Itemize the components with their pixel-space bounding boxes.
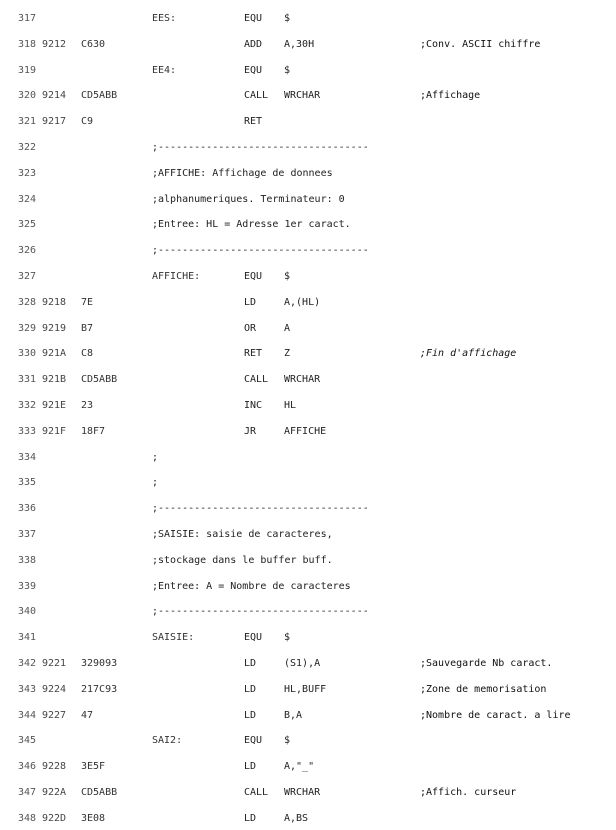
operand: $ bbox=[284, 731, 290, 751]
line-number: 342 bbox=[18, 654, 36, 674]
address: 9218 bbox=[42, 293, 66, 313]
listing-line: 348922D3E08LDA,BS bbox=[0, 809, 616, 829]
comment-line: ;AFFICHE: Affichage de donnees bbox=[152, 164, 333, 184]
listing-line: 339;Entree: A = Nombre de caracteres bbox=[0, 577, 616, 597]
listing-line: 3209214CD5ABBCALLWRCHAR;Affichage bbox=[0, 86, 616, 106]
listing-line: 336;----------------------------------- bbox=[0, 499, 616, 519]
line-number: 347 bbox=[18, 783, 36, 803]
mnemonic: LD bbox=[244, 809, 256, 829]
mnemonic: LD bbox=[244, 654, 256, 674]
machine-code: 18F7 bbox=[81, 422, 105, 442]
line-number: 325 bbox=[18, 215, 36, 235]
listing-line: 3439224217C93LDHL,BUFF;Zone de memorisat… bbox=[0, 680, 616, 700]
label: EE4: bbox=[152, 61, 176, 81]
comment: ;Conv. ASCII chiffre bbox=[420, 35, 540, 55]
operand: A,30H bbox=[284, 35, 314, 55]
line-number: 324 bbox=[18, 190, 36, 210]
line-number: 326 bbox=[18, 241, 36, 261]
machine-code: C9 bbox=[81, 112, 93, 132]
operand: $ bbox=[284, 9, 290, 29]
listing-line: 332921E23INCHL bbox=[0, 396, 616, 416]
line-number: 339 bbox=[18, 577, 36, 597]
line-number: 338 bbox=[18, 551, 36, 571]
listing-line: 340;----------------------------------- bbox=[0, 602, 616, 622]
operand: Z bbox=[284, 344, 290, 364]
machine-code: 329093 bbox=[81, 654, 117, 674]
listing-line: 330921AC8RETZ;Fin d'affichage bbox=[0, 344, 616, 364]
listing-line: 338;stockage dans le buffer buff. bbox=[0, 551, 616, 571]
listing-line: 3299219B7ORA bbox=[0, 319, 616, 339]
mnemonic: EQU bbox=[244, 267, 262, 287]
operand: AFFICHE bbox=[284, 422, 326, 442]
label: AFFICHE: bbox=[152, 267, 200, 287]
listing-line: 325;Entree: HL = Adresse 1er caract. bbox=[0, 215, 616, 235]
address: 9214 bbox=[42, 86, 66, 106]
mnemonic: INC bbox=[244, 396, 262, 416]
line-number: 345 bbox=[18, 731, 36, 751]
address: 9228 bbox=[42, 757, 66, 777]
line-number: 348 bbox=[18, 809, 36, 829]
mnemonic: LD bbox=[244, 293, 256, 313]
label: SAISIE: bbox=[152, 628, 194, 648]
mnemonic: ADD bbox=[244, 35, 262, 55]
listing-line: 317EES:EQU$ bbox=[0, 9, 616, 29]
listing-line: 323;AFFICHE: Affichage de donnees bbox=[0, 164, 616, 184]
machine-code: 3E5F bbox=[81, 757, 105, 777]
listing-line: 344922747LDB,A;Nombre de caract. a lire bbox=[0, 706, 616, 726]
comment-line: ;----------------------------------- bbox=[152, 138, 369, 158]
operand: $ bbox=[284, 267, 290, 287]
listing-line: 324;alphanumeriques. Terminateur: 0 bbox=[0, 190, 616, 210]
comment-line: ; bbox=[152, 448, 158, 468]
listing-line: 326;----------------------------------- bbox=[0, 241, 616, 261]
listing-line: 34692283E5FLDA,"_" bbox=[0, 757, 616, 777]
operand: A,BS bbox=[284, 809, 308, 829]
line-number: 343 bbox=[18, 680, 36, 700]
line-number: 329 bbox=[18, 319, 36, 339]
comment-line: ;alphanumeriques. Terminateur: 0 bbox=[152, 190, 345, 210]
comment: ;Nombre de caract. a lire bbox=[420, 706, 571, 726]
machine-code: 3E08 bbox=[81, 809, 105, 829]
line-number: 328 bbox=[18, 293, 36, 313]
label: EES: bbox=[152, 9, 176, 29]
operand: HL,BUFF bbox=[284, 680, 326, 700]
listing-line: 32892187ELDA,(HL) bbox=[0, 293, 616, 313]
listing-line: 337;SAISIE: saisie de caracteres, bbox=[0, 525, 616, 545]
comment-line: ;SAISIE: saisie de caracteres, bbox=[152, 525, 333, 545]
mnemonic: LD bbox=[244, 706, 256, 726]
line-number: 344 bbox=[18, 706, 36, 726]
address: 922D bbox=[42, 809, 66, 829]
machine-code: 7E bbox=[81, 293, 93, 313]
listing-line: 327AFFICHE:EQU$ bbox=[0, 267, 616, 287]
address: 9219 bbox=[42, 319, 66, 339]
listing-line: 333921F18F7JRAFFICHE bbox=[0, 422, 616, 442]
label: SAI2: bbox=[152, 731, 182, 751]
operand: WRCHAR bbox=[284, 370, 320, 390]
address: 9217 bbox=[42, 112, 66, 132]
listing-line: 3189212C630ADDA,30H;Conv. ASCII chiffre bbox=[0, 35, 616, 55]
listing-line: 347922ACD5ABBCALLWRCHAR;Affich. curseur bbox=[0, 783, 616, 803]
comment-line: ;----------------------------------- bbox=[152, 241, 369, 261]
listing-line: 334; bbox=[0, 448, 616, 468]
address: 9221 bbox=[42, 654, 66, 674]
address: 921F bbox=[42, 422, 66, 442]
listing-line: 331921BCD5ABBCALLWRCHAR bbox=[0, 370, 616, 390]
comment: ;Sauvegarde Nb caract. bbox=[420, 654, 552, 674]
operand: A bbox=[284, 319, 290, 339]
mnemonic: EQU bbox=[244, 9, 262, 29]
operand: WRCHAR bbox=[284, 783, 320, 803]
mnemonic: JR bbox=[244, 422, 256, 442]
mnemonic: EQU bbox=[244, 628, 262, 648]
mnemonic: LD bbox=[244, 680, 256, 700]
comment-line: ; bbox=[152, 473, 158, 493]
listing-line: 341SAISIE:EQU$ bbox=[0, 628, 616, 648]
operand: A,(HL) bbox=[284, 293, 320, 313]
machine-code: CD5ABB bbox=[81, 370, 117, 390]
line-number: 333 bbox=[18, 422, 36, 442]
address: 921A bbox=[42, 344, 66, 364]
operand: B,A bbox=[284, 706, 302, 726]
mnemonic: EQU bbox=[244, 731, 262, 751]
comment-line: ;stockage dans le buffer buff. bbox=[152, 551, 333, 571]
comment: ;Fin d'affichage bbox=[420, 344, 516, 364]
line-number: 327 bbox=[18, 267, 36, 287]
operand: $ bbox=[284, 628, 290, 648]
line-number: 340 bbox=[18, 602, 36, 622]
address: 922A bbox=[42, 783, 66, 803]
machine-code: C630 bbox=[81, 35, 105, 55]
mnemonic: RET bbox=[244, 112, 262, 132]
line-number: 330 bbox=[18, 344, 36, 364]
line-number: 332 bbox=[18, 396, 36, 416]
machine-code: C8 bbox=[81, 344, 93, 364]
line-number: 318 bbox=[18, 35, 36, 55]
machine-code: CD5ABB bbox=[81, 783, 117, 803]
line-number: 336 bbox=[18, 499, 36, 519]
line-number: 335 bbox=[18, 473, 36, 493]
line-number: 331 bbox=[18, 370, 36, 390]
line-number: 346 bbox=[18, 757, 36, 777]
machine-code: 47 bbox=[81, 706, 93, 726]
machine-code: 217C93 bbox=[81, 680, 117, 700]
line-number: 321 bbox=[18, 112, 36, 132]
address: 921B bbox=[42, 370, 66, 390]
comment-line: ;----------------------------------- bbox=[152, 602, 369, 622]
operand: (S1),A bbox=[284, 654, 320, 674]
line-number: 322 bbox=[18, 138, 36, 158]
listing-line: 335; bbox=[0, 473, 616, 493]
listing-line: 319EE4:EQU$ bbox=[0, 61, 616, 81]
operand: HL bbox=[284, 396, 296, 416]
line-number: 341 bbox=[18, 628, 36, 648]
listing-line: 3219217C9RET bbox=[0, 112, 616, 132]
comment-line: ;Entree: HL = Adresse 1er caract. bbox=[152, 215, 351, 235]
comment-line: ;----------------------------------- bbox=[152, 499, 369, 519]
assembly-listing: 317EES:EQU$3189212C630ADDA,30H;Conv. ASC… bbox=[0, 0, 616, 830]
mnemonic: LD bbox=[244, 757, 256, 777]
line-number: 334 bbox=[18, 448, 36, 468]
operand: WRCHAR bbox=[284, 86, 320, 106]
line-number: 317 bbox=[18, 9, 36, 29]
line-number: 319 bbox=[18, 61, 36, 81]
comment: ;Affich. curseur bbox=[420, 783, 516, 803]
line-number: 320 bbox=[18, 86, 36, 106]
comment-line: ;Entree: A = Nombre de caracteres bbox=[152, 577, 351, 597]
mnemonic: CALL bbox=[244, 783, 268, 803]
address: 921E bbox=[42, 396, 66, 416]
machine-code: B7 bbox=[81, 319, 93, 339]
comment: ;Affichage bbox=[420, 86, 480, 106]
machine-code: 23 bbox=[81, 396, 93, 416]
machine-code: CD5ABB bbox=[81, 86, 117, 106]
listing-line: 3429221329093LD(S1),A;Sauvegarde Nb cara… bbox=[0, 654, 616, 674]
mnemonic: CALL bbox=[244, 86, 268, 106]
mnemonic: CALL bbox=[244, 370, 268, 390]
mnemonic: EQU bbox=[244, 61, 262, 81]
operand: A,"_" bbox=[284, 757, 314, 777]
line-number: 323 bbox=[18, 164, 36, 184]
listing-line: 345SAI2:EQU$ bbox=[0, 731, 616, 751]
comment: ;Zone de memorisation bbox=[420, 680, 546, 700]
address: 9224 bbox=[42, 680, 66, 700]
listing-line: 322;----------------------------------- bbox=[0, 138, 616, 158]
mnemonic: RET bbox=[244, 344, 262, 364]
address: 9227 bbox=[42, 706, 66, 726]
address: 9212 bbox=[42, 35, 66, 55]
line-number: 337 bbox=[18, 525, 36, 545]
mnemonic: OR bbox=[244, 319, 256, 339]
operand: $ bbox=[284, 61, 290, 81]
